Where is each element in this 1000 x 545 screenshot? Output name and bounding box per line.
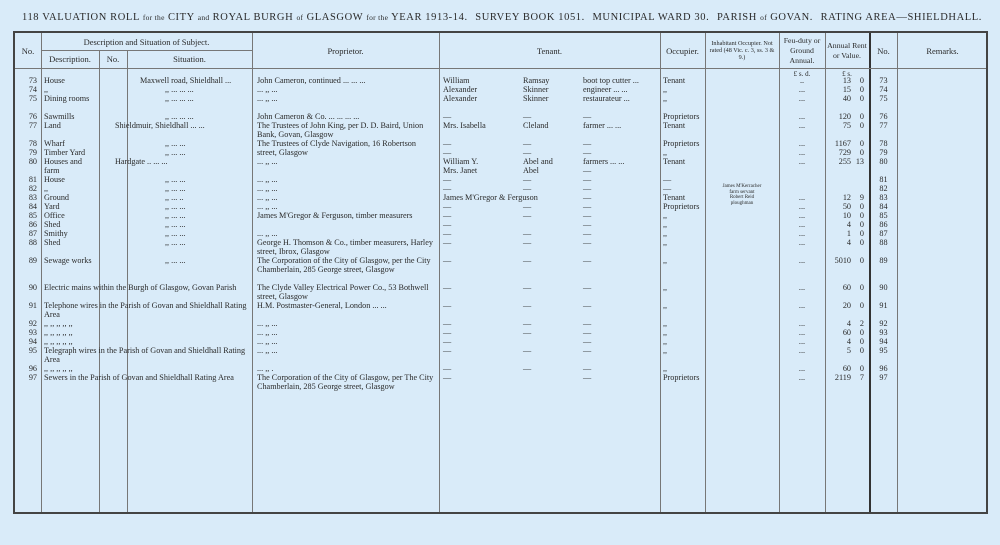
row-tenant-occupation: — — [583, 284, 591, 293]
header-rule — [15, 68, 986, 69]
rating-area: RATING AREA—SHIELDHALL. — [821, 12, 982, 23]
row-feu-duty: ... — [779, 347, 825, 356]
row-situation: ,, ... ... — [165, 257, 185, 266]
row-description: Shed — [44, 239, 98, 248]
parish: PARISH of GOVAN. — [717, 12, 813, 23]
row-rent-shillings: 0 — [851, 257, 864, 266]
col-annual-rent: Annual Rent or Value. — [825, 33, 869, 68]
row-proprietor: The Corporation of the City of Glasgow, … — [257, 257, 437, 275]
col-rule — [869, 33, 871, 512]
row-proprietor: George H. Thomson & Co., timber measurer… — [257, 239, 437, 257]
row-tenant-occupation: — — [583, 302, 591, 311]
row-feu-duty: ... — [779, 302, 825, 311]
row-description: ,, ,, ,, ,, ,, — [44, 329, 249, 338]
row-number: 88 — [15, 239, 37, 248]
row-tenant-occupation: — — [583, 347, 591, 356]
row-tenant-occupation: — — [583, 239, 591, 248]
row-occupier: ,, — [663, 257, 667, 266]
row-rent-shillings: 0 — [851, 347, 864, 356]
row-description: Telephone wires in the Parish of Govan a… — [44, 302, 249, 320]
row-feu-duty: ... — [779, 284, 825, 293]
col-situation: Situation. — [127, 50, 252, 68]
row-feu-duty: ... — [779, 95, 825, 104]
row-description: House — [44, 77, 98, 86]
row-situation: ,, ... ... ... — [165, 95, 194, 104]
row-proprietor: The Trustees of Clyde Navigation, 16 Rob… — [257, 140, 437, 158]
row-proprietor: ... ,, ... — [257, 176, 437, 185]
col-sub-no: No. — [99, 50, 127, 68]
inhabitant-occupation: ploughman — [705, 201, 779, 207]
col-description-group: Description and Situation of Subject. — [41, 33, 252, 50]
row-tenant-surname: — — [523, 257, 531, 266]
col-rule — [252, 33, 253, 512]
row-number: 89 — [15, 257, 37, 266]
col-remarks: Remarks. — [897, 33, 988, 68]
row-rent-shillings: 0 — [851, 302, 864, 311]
row-proprietor: ... ,, ... — [257, 95, 437, 104]
row-occupier: ,, — [663, 347, 667, 356]
row-tenant-surname: — — [523, 302, 531, 311]
row-feu-duty: ... — [779, 158, 825, 167]
col-rule — [41, 33, 42, 512]
row-number: 75 — [15, 95, 37, 104]
row-situation: ,, ... ... — [165, 239, 185, 248]
row-proprietor: John Cameron, continued ... ... ... — [257, 77, 437, 86]
row-proprietor: The Corporation of the City of Glasgow, … — [257, 374, 437, 392]
row-occupier: ,, — [663, 302, 667, 311]
row-rent-shillings: 0 — [851, 284, 864, 293]
row-situation: Shieldmuir, Shieldhall ... ... — [115, 122, 205, 131]
row-number: 97 — [15, 374, 37, 383]
col-rule — [660, 33, 661, 512]
row-tenant-surname: — — [523, 347, 531, 356]
row-rent-shillings: 0 — [851, 122, 864, 131]
col-description: Description. — [41, 50, 99, 68]
row-description: Sewage works — [44, 257, 98, 266]
row-occupier: ,, — [663, 95, 667, 104]
row-occupier: ,, — [663, 284, 667, 293]
row-situation: ,, ... ... — [165, 149, 185, 158]
row-proprietor: ... ,, ... — [257, 194, 437, 203]
row-tenant-occupation: — — [583, 257, 591, 266]
row-tenant-first: — — [443, 347, 451, 356]
row-description: Houses and farm — [44, 158, 98, 176]
row-number-right: 89 — [870, 257, 897, 266]
row-proprietor: ... ,, ... — [257, 185, 437, 194]
row-proprietor: The Clyde Valley Electrical Power Co., 5… — [257, 284, 437, 302]
col-occupier: Occupier. — [660, 33, 705, 68]
row-proprietor: ... ,, ... — [257, 347, 437, 356]
valuation-table: No. Description and Situation of Subject… — [13, 31, 988, 514]
row-tenant-surname: — — [523, 239, 531, 248]
row-number: 95 — [15, 347, 37, 356]
row-proprietor: ... ,, ... — [257, 86, 437, 95]
row-tenant-first: — — [443, 374, 451, 383]
row-description: Sewers in the Parish of Govan and Shield… — [44, 374, 249, 383]
row-rent-pounds: 2119 — [825, 374, 851, 383]
row-rent-shillings: 0 — [851, 239, 864, 248]
row-description: Dining rooms — [44, 95, 98, 104]
row-rent-shillings: 13 — [851, 158, 864, 167]
col-rule — [127, 50, 128, 512]
page-title: 118 VALUATION ROLL for the CITY and ROYA… — [22, 12, 468, 23]
row-rent-pounds: 5 — [825, 347, 851, 356]
col-rule — [897, 33, 898, 512]
col-no: No. — [15, 33, 41, 68]
row-proprietor: James M'Gregor & Ferguson, timber measur… — [257, 212, 437, 221]
survey-book: SURVEY BOOK 1051. — [475, 12, 585, 23]
row-proprietor: ... ,, ... — [257, 329, 437, 338]
col-rule — [439, 33, 440, 512]
row-tenant-surname: — — [523, 284, 531, 293]
row-tenant-surname: — — [523, 365, 531, 374]
row-tenant-first: — — [443, 302, 451, 311]
row-number: 91 — [15, 302, 37, 311]
row-feu-duty: ... — [779, 374, 825, 383]
row-rent-pounds: 4 — [825, 239, 851, 248]
row-rent-pounds: 5010 — [825, 257, 851, 266]
inhabitant-note: James M'Kerracher farm servant Robert Re… — [705, 184, 779, 206]
row-rent-shillings: 0 — [851, 95, 864, 104]
row-tenant-first: — — [443, 239, 451, 248]
row-number: 90 — [15, 284, 37, 293]
row-occupier: Proprietors — [663, 203, 699, 212]
row-occupier: Proprietors — [663, 374, 699, 383]
row-tenant-occupation: farmer ... ... — [583, 122, 621, 131]
row-description: House — [44, 176, 98, 185]
row-description: Telegraph wires in the Parish of Govan a… — [44, 347, 249, 365]
row-rent-pounds: 20 — [825, 302, 851, 311]
col-tenant: Tenant. — [439, 33, 660, 68]
col-rule — [705, 33, 706, 512]
row-proprietor: ... ,, ... — [257, 320, 437, 329]
row-number-right: 97 — [870, 374, 897, 383]
page-header: 118 VALUATION ROLL for the CITY and ROYA… — [22, 12, 982, 23]
row-tenant-surname: Cleland — [523, 122, 548, 131]
col-rule — [99, 50, 100, 512]
col-rule — [825, 33, 826, 512]
col-inhabitant-occupier: Inhabitant Occupier. Not rated (48 Vic. … — [705, 33, 779, 68]
row-tenant-surname: Skinner — [523, 95, 548, 104]
row-rent-pounds: 60 — [825, 284, 851, 293]
row-number-right: 90 — [870, 284, 897, 293]
row-rent-pounds: 40 — [825, 95, 851, 104]
row-feu-duty: ... — [779, 239, 825, 248]
row-number-right: 91 — [870, 302, 897, 311]
row-rent-pounds: 255 — [825, 158, 851, 167]
row-number-right: 95 — [870, 347, 897, 356]
row-tenant-first: Alexander — [443, 95, 477, 104]
row-description: Land — [44, 122, 98, 131]
row-situation: Hardgate .. ... ... — [115, 158, 168, 167]
row-tenant-first: — — [443, 284, 451, 293]
row-number-right: 88 — [870, 239, 897, 248]
row-proprietor: ... ,, ... — [257, 158, 437, 167]
row-tenant-surname: — — [523, 212, 531, 221]
row-tenant-occupation: — — [583, 374, 591, 383]
row-occupier: ,, — [663, 239, 667, 248]
col-rule — [779, 33, 780, 512]
row-proprietor: ... ,, ... — [257, 338, 437, 347]
col-proprietor: Proprietor. — [252, 33, 439, 68]
row-description: ,, ,, ,, ,, ,, — [44, 320, 249, 329]
row-occupier: Tenant — [663, 158, 685, 167]
row-number: 77 — [15, 122, 37, 131]
row-tenant-surname: — — [523, 329, 531, 338]
row-rent-pounds: 75 — [825, 122, 851, 131]
row-number-right: 77 — [870, 122, 897, 131]
col-feu-duty: Feu-duty or Ground Annual. — [779, 33, 825, 68]
row-proprietor: The Trustees of John King, per D. D. Bai… — [257, 122, 437, 140]
row-rent-shillings: 7 — [851, 374, 864, 383]
row-number-right: 80 — [870, 158, 897, 167]
row-tenant-first: — — [443, 257, 451, 266]
row-feu-duty: ... — [779, 257, 825, 266]
row-tenant-occupation: restaurateur ... — [583, 95, 630, 104]
row-description: Electric mains within the Burgh of Glasg… — [44, 284, 249, 293]
row-number: 80 — [15, 158, 37, 167]
col-no-right: No. — [870, 33, 897, 68]
row-feu-duty: ... — [779, 122, 825, 131]
row-proprietor: H.M. Postmaster-General, London ... ... — [257, 302, 437, 311]
row-number-right: 75 — [870, 95, 897, 104]
row-occupier: Tenant — [663, 122, 685, 131]
row-tenant-first: Mrs. Isabella — [443, 122, 486, 131]
row-occupier: Proprietors — [663, 140, 699, 149]
municipal-ward: MUNICIPAL WARD 30. — [592, 12, 709, 23]
